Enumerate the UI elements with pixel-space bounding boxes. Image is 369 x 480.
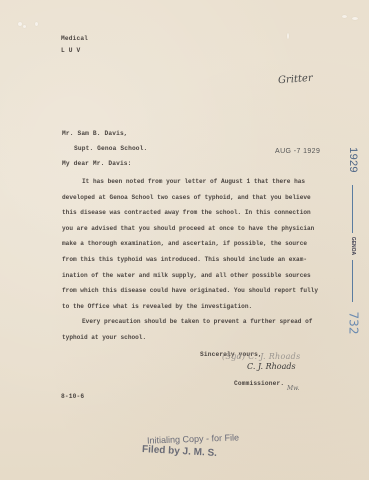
body-line: typhoid at your school. [62,330,322,346]
handwritten-signature: C. J. Rhoads [247,362,296,371]
letter-page: Medical L U V Gritter Mr. Sam B. Davis, … [0,0,369,480]
punch-hole-mark [18,22,22,26]
body-line: from this this typhoid was introduced. T… [62,252,322,268]
typist-initials: Mw. [287,385,299,392]
reference-code: 8-10-6 [61,394,84,400]
body-line: It has been noted from your letter of Au… [62,174,322,190]
file-number: 732 [344,303,362,343]
initialing-copy-stamp: Initialing Copy - for File [147,432,239,445]
signature-stamp: (Sgd) C. J. Rhoads [222,352,301,361]
department-label: Medical [61,36,88,42]
punch-hole-mark [352,17,358,20]
handwritten-marginal-note: Gritter [278,73,313,86]
punch-hole-mark [23,25,26,28]
punch-hole-mark [35,22,38,26]
file-rule-line [352,260,353,302]
date-stamp: AUG -7 1929 [275,148,320,155]
filed-by-stamp: Filed by J. M. S. [142,444,217,459]
body-line: you are advised that you should proceed … [62,221,322,237]
punch-hole-mark [287,33,289,39]
body-line: make a thorough examination, and ascerta… [62,236,322,252]
letter-body: It has been noted from your letter of Au… [62,174,322,346]
file-rule-line [352,185,353,233]
body-line: Every precaution should be taken to prev… [62,314,322,330]
header-initials: L U V [61,48,80,54]
body-line: this disease was contracted away from th… [62,205,322,221]
file-year: 1929 [346,140,360,180]
punch-hole-mark [342,15,347,18]
body-line: from which this disease could have origi… [62,283,322,299]
body-line: developed at Genoa School two cases of t… [62,190,322,206]
file-label: GENOA [346,233,360,259]
body-line: ination of the water and milk supply, an… [62,268,322,284]
file-index-strip: 1929 GENOA 732 [342,135,362,355]
signer-title: Commissioner. [234,381,284,387]
body-line: to the Office what is revealed by the in… [62,299,322,315]
salutation: My dear Mr. Davis: [62,161,132,167]
addressee-title: Supt. Genoa School. [74,146,147,152]
addressee-name: Mr. Sam B. Davis, [62,131,128,137]
